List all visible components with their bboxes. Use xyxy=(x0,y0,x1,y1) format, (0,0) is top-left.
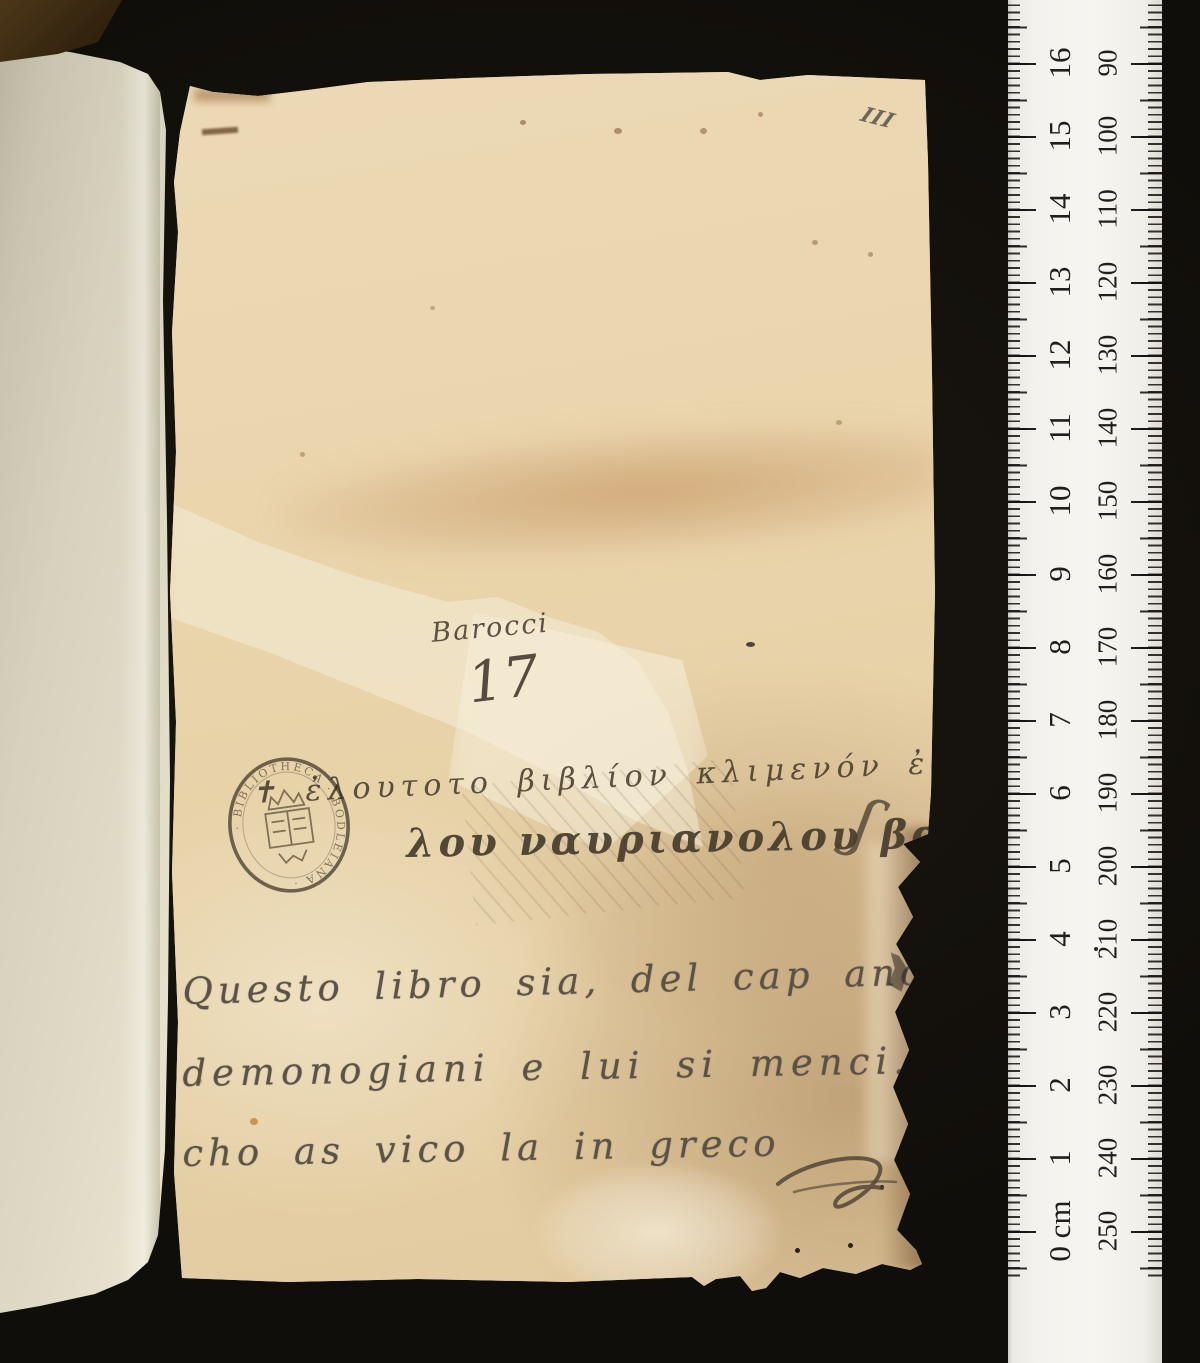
ruler-cm-label: 3 xyxy=(1042,1004,1078,1020)
page-vignette xyxy=(168,72,938,1294)
ruler-speck xyxy=(1094,947,1098,951)
ruler-mm-label: 140 xyxy=(1093,408,1124,449)
ruler-cm-label: 12 xyxy=(1042,340,1078,371)
ruler-mm-label: 200 xyxy=(1093,846,1124,887)
flyleaf-edge-highlight xyxy=(120,60,160,1280)
ruler-cm-label: 10 xyxy=(1042,486,1078,517)
ruler-mm-label: 110 xyxy=(1093,189,1124,229)
ruler-mm-label: 250 xyxy=(1093,1211,1124,1252)
ruler-left-cm-ticks xyxy=(1008,0,1036,1282)
ruler-right-10mm-ticks xyxy=(1131,0,1162,1282)
ruler-mm-label: 240 xyxy=(1093,1138,1124,1179)
ruler-mm-label: 160 xyxy=(1093,554,1124,595)
ruler-mm-label: 220 xyxy=(1093,992,1124,1033)
ruler-cm-label: 14 xyxy=(1042,194,1078,225)
shelfmark-number: 17 xyxy=(464,643,543,716)
ruler-mm-label: 120 xyxy=(1093,262,1124,303)
manuscript-page: III Barocci 17 ✝ ἐλουτοτο βιβλίον κλιμεν… xyxy=(168,72,938,1294)
ruler-mm-label: 100 xyxy=(1093,116,1124,157)
ruler-cm-label: 2 xyxy=(1042,1077,1078,1093)
ruler-cm-label: 16 xyxy=(1042,48,1078,79)
ruler-mm-label: 190 xyxy=(1093,773,1124,814)
ruler-cm-label: 4 xyxy=(1042,931,1078,947)
ink-flourish-paraph xyxy=(764,1122,904,1222)
ruler-mm-label: 130 xyxy=(1093,335,1124,376)
ruler-cm-label: 8 xyxy=(1042,639,1078,655)
ruler-mm-label: 230 xyxy=(1093,1065,1124,1106)
library-stamp: · BIBLIOTHECA · BODLEIANA · xyxy=(212,743,365,906)
ruler-cm-label: 5 xyxy=(1042,858,1078,874)
facing-flyleaf xyxy=(0,0,172,1330)
ruler-mm-label: 180 xyxy=(1093,700,1124,741)
stamp-crest xyxy=(262,787,316,864)
ruler-cm-label: 7 xyxy=(1042,712,1078,728)
ruler-cm-label: 15 xyxy=(1042,121,1078,152)
ruler-cm-label: 11 xyxy=(1042,413,1078,443)
ruler-mm-label: 170 xyxy=(1093,627,1124,668)
ruler-mm-label: 90 xyxy=(1093,50,1124,77)
ruler-mm-label: 150 xyxy=(1093,481,1124,522)
ruler-cm-label: 1 xyxy=(1042,1150,1078,1166)
ruler-cm-label: 6 xyxy=(1042,785,1078,801)
ruler-cm-label: 9 xyxy=(1042,566,1078,582)
measurement-ruler: 161514131211109876543210 cm 901001101201… xyxy=(1008,0,1162,1363)
greek-inscription-line2: λου ναυριανολου βαθλα xyxy=(406,809,1044,867)
ruler-mm-label: 210 xyxy=(1093,919,1124,960)
ruler-cm-label: 13 xyxy=(1042,267,1078,298)
photo-background: III Barocci 17 ✝ ἐλουτοτο βιβλίον κλιμεν… xyxy=(0,0,1200,1363)
ruler-cm-label: 0 cm xyxy=(1042,1200,1078,1261)
